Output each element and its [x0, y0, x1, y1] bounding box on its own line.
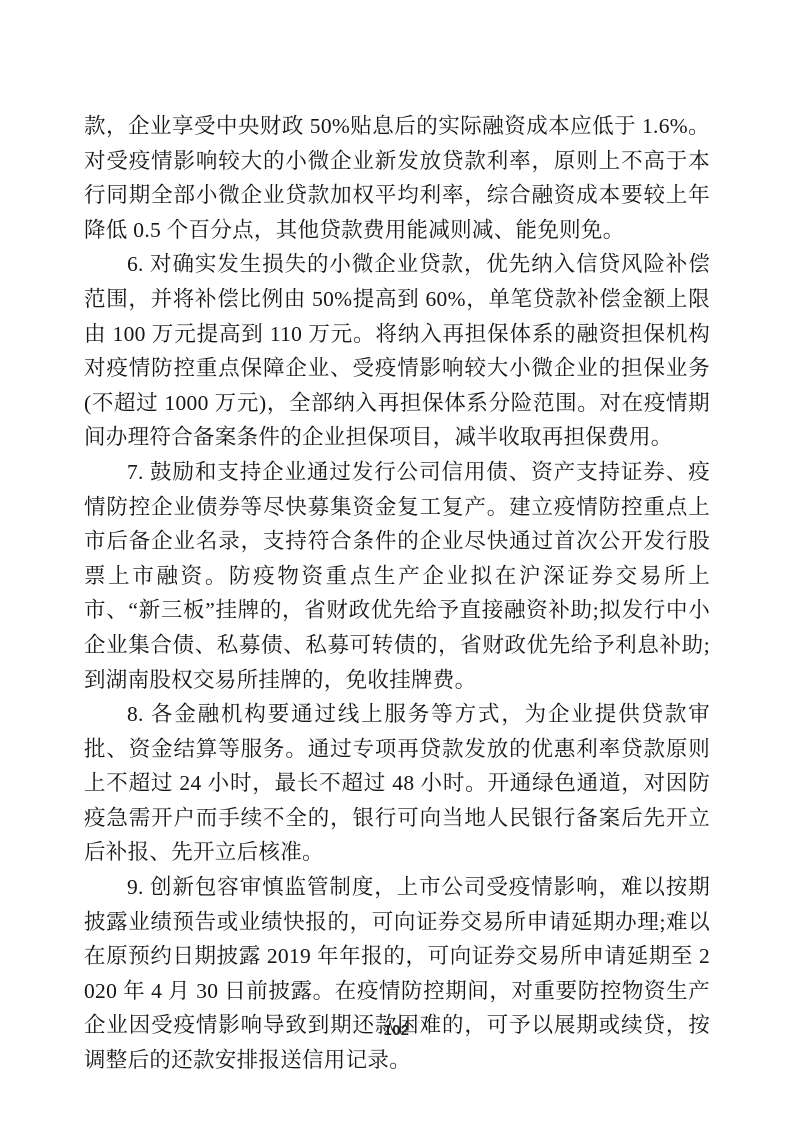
paragraph-item-6: 6. 对确实发生损失的小微企业贷款，优先纳入信贷风险补偿范围，并将补偿比例由 5…: [84, 247, 710, 455]
paragraph-item-7: 7. 鼓励和支持企业通过发行公司信用债、资产支持证券、疫情防控企业债券等尽快募集…: [84, 455, 710, 697]
page-footer: 102: [0, 1022, 793, 1040]
paragraph-item-8: 8. 各金融机构要通过线上服务等方式，为企业提供贷款审批、资金结算等服务。通过专…: [84, 697, 710, 870]
paragraph-item-9: 9. 创新包容审慎监管制度，上市公司受疫情影响，难以按期披露业绩预告或业绩快报的…: [84, 870, 710, 1078]
document-page: 款，企业享受中央财政 50%贴息后的实际融资成本应低于 1.6%。对受疫情影响较…: [0, 0, 793, 1121]
text-block: 款，企业享受中央财政 50%贴息后的实际融资成本应低于 1.6%。对受疫情影响较…: [84, 109, 710, 1078]
page-number: 102: [384, 1023, 410, 1039]
paragraph-continuation: 款，企业享受中央财政 50%贴息后的实际融资成本应低于 1.6%。对受疫情影响较…: [84, 109, 710, 247]
